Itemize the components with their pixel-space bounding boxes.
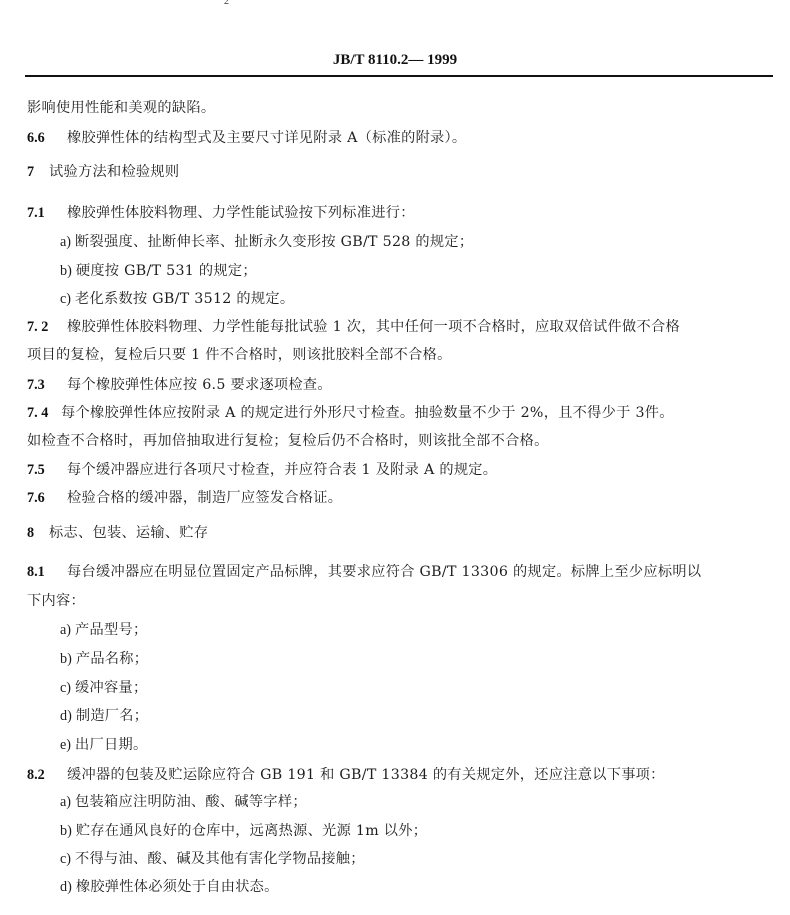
list-item-text: 老化系数按 GB/T 3512 的规定。 bbox=[75, 291, 294, 307]
list-item-label: b) bbox=[60, 263, 72, 279]
paragraph-line: 如检查不合格时，再加倍抽取进行复检；复检后仍不合格时，则该批全部不合格。 bbox=[27, 431, 549, 451]
clause: 7.3每个橡胶弹性体应按 6.5 要求逐项检查。 bbox=[27, 375, 332, 395]
clause-number: 6.6 bbox=[27, 128, 67, 148]
clause-text: 橡胶弹性体胶料物理、力学性能试验按下列标准进行： bbox=[67, 205, 415, 221]
section-number: 7 bbox=[27, 162, 49, 182]
section-title: 试验方法和检验规则 bbox=[49, 164, 179, 180]
list-item-text: 缓冲容量； bbox=[75, 680, 147, 696]
clause: 7. 2橡胶弹性体胶料物理、力学性能每批试验 1 次，其中任何一项不合格时，应取… bbox=[27, 317, 680, 337]
standard-code-header: JB/T 8110.2— 1999 bbox=[0, 52, 790, 69]
list-item-label: c) bbox=[60, 291, 71, 307]
clause: 7.5每个缓冲器应进行各项尺寸检查，并应符合表 1 及附录 A 的规定。 bbox=[27, 460, 497, 480]
section-heading: 7试验方法和检验规则 bbox=[27, 162, 179, 182]
paragraph-text: 下内容： bbox=[27, 593, 85, 609]
list-item-text: 断裂强度、扯断伸长率、扯断永久变形按 GB/T 528 的规定； bbox=[75, 234, 473, 250]
clause: 7.6检验合格的缓冲器，制造厂应签发合格证。 bbox=[27, 488, 342, 508]
list-item-text: 橡胶弹性体必须处于自由状态。 bbox=[76, 879, 279, 895]
list-item: c)不得与油、酸、碱及其他有害化学物品接触； bbox=[60, 849, 365, 869]
paragraph-text: 如检查不合格时，再加倍抽取进行复检；复检后仍不合格时，则该批全部不合格。 bbox=[27, 433, 549, 449]
clause-text: 检验合格的缓冲器，制造厂应签发合格证。 bbox=[67, 490, 342, 506]
clause-text: 每个橡胶弹性体应按 6.5 要求逐项检查。 bbox=[67, 377, 332, 393]
paragraph-line: 项目的复检，复检后只要 1 件不合格时，则该批胶料全部不合格。 bbox=[27, 345, 452, 365]
clause-number: 7.5 bbox=[27, 460, 67, 480]
clause-text: 每台缓冲器应在明显位置固定产品标牌，其要求应符合 GB/T 13306 的规定。… bbox=[67, 564, 701, 580]
clause-number: 7.6 bbox=[27, 488, 67, 508]
paragraph-line: 下内容： bbox=[27, 591, 85, 611]
list-item-label: d) bbox=[60, 708, 72, 724]
clause-text: 缓冲器的包装及贮运除应符合 GB 191 和 GB/T 13384 的有关规定外… bbox=[67, 767, 665, 783]
clause: 6.6橡胶弹性体的结构型式及主要尺寸详见附录 A（标准的附录）。 bbox=[27, 128, 466, 148]
list-item-text: 贮存在通风良好的仓库中，远离热源、光源 1m 以外； bbox=[76, 823, 427, 839]
list-item-label: a) bbox=[60, 794, 71, 810]
list-item-text: 产品名称； bbox=[76, 651, 148, 667]
list-item-text: 制造厂名； bbox=[76, 708, 148, 724]
list-item-label: c) bbox=[60, 851, 71, 867]
clause-text: 橡胶弹性体的结构型式及主要尺寸详见附录 A（标准的附录）。 bbox=[67, 130, 466, 146]
list-item-label: b) bbox=[60, 651, 72, 667]
list-item: d)橡胶弹性体必须处于自由状态。 bbox=[60, 877, 279, 897]
list-item-text: 不得与油、酸、碱及其他有害化学物品接触； bbox=[75, 851, 365, 867]
clause-number: 7.1 bbox=[27, 203, 67, 223]
list-item: e)出厂日期。 bbox=[60, 735, 147, 755]
list-item-label: d) bbox=[60, 879, 72, 895]
list-item-text: 出厂日期。 bbox=[75, 737, 147, 753]
list-item-label: c) bbox=[60, 680, 71, 696]
list-item: b)产品名称； bbox=[60, 649, 148, 669]
page-marker: 2 bbox=[224, 0, 229, 7]
list-item: a)产品型号； bbox=[60, 620, 147, 640]
list-item: a)包装箱应注明防油、酸、碱等字样； bbox=[60, 792, 307, 812]
clause-text: 每个缓冲器应进行各项尺寸检查，并应符合表 1 及附录 A 的规定。 bbox=[67, 462, 497, 478]
list-item: b)贮存在通风良好的仓库中，远离热源、光源 1m 以外； bbox=[60, 821, 427, 841]
list-item: c)老化系数按 GB/T 3512 的规定。 bbox=[60, 289, 294, 309]
list-item: b)硬度按 GB/T 531 的规定； bbox=[60, 261, 257, 281]
clause-number: 7.3 bbox=[27, 375, 67, 395]
list-item-text: 硬度按 GB/T 531 的规定； bbox=[76, 263, 257, 279]
paragraph-text: 项目的复检，复检后只要 1 件不合格时，则该批胶料全部不合格。 bbox=[27, 347, 452, 363]
clause-text: 橡胶弹性体胶料物理、力学性能每批试验 1 次，其中任何一项不合格时，应取双倍试件… bbox=[67, 319, 680, 335]
section-heading: 8标志、包装、运输、贮存 bbox=[27, 523, 208, 543]
clause-number: 7. 4 bbox=[27, 403, 61, 423]
clause: 8.2缓冲器的包装及贮运除应符合 GB 191 和 GB/T 13384 的有关… bbox=[27, 765, 665, 785]
paragraph-line: 影响使用性能和美观的缺陷。 bbox=[27, 98, 215, 118]
header-rule bbox=[25, 75, 773, 77]
list-item-label: e) bbox=[60, 737, 71, 753]
clause: 8.1每台缓冲器应在明显位置固定产品标牌，其要求应符合 GB/T 13306 的… bbox=[27, 562, 701, 582]
list-item: c)缓冲容量； bbox=[60, 678, 147, 698]
list-item: d)制造厂名； bbox=[60, 706, 148, 726]
clause: 7. 4每个橡胶弹性体应按附录 A 的规定进行外形尺寸检查。抽验数量不少于 2%… bbox=[27, 403, 674, 423]
list-item-text: 包装箱应注明防油、酸、碱等字样； bbox=[75, 794, 307, 810]
paragraph-text: 影响使用性能和美观的缺陷。 bbox=[27, 100, 215, 116]
list-item-label: a) bbox=[60, 622, 71, 638]
section-title: 标志、包装、运输、贮存 bbox=[49, 525, 208, 541]
list-item-label: a) bbox=[60, 234, 71, 250]
section-number: 8 bbox=[27, 523, 49, 543]
clause-text: 每个橡胶弹性体应按附录 A 的规定进行外形尺寸检查。抽验数量不少于 2%，且不得… bbox=[61, 405, 674, 421]
list-item-text: 产品型号； bbox=[75, 622, 147, 638]
list-item: a)断裂强度、扯断伸长率、扯断永久变形按 GB/T 528 的规定； bbox=[60, 232, 473, 252]
clause-number: 8.1 bbox=[27, 562, 67, 582]
clause-number: 8.2 bbox=[27, 765, 67, 785]
list-item-label: b) bbox=[60, 823, 72, 839]
clause: 7.1橡胶弹性体胶料物理、力学性能试验按下列标准进行： bbox=[27, 203, 415, 223]
clause-number: 7. 2 bbox=[27, 317, 67, 337]
